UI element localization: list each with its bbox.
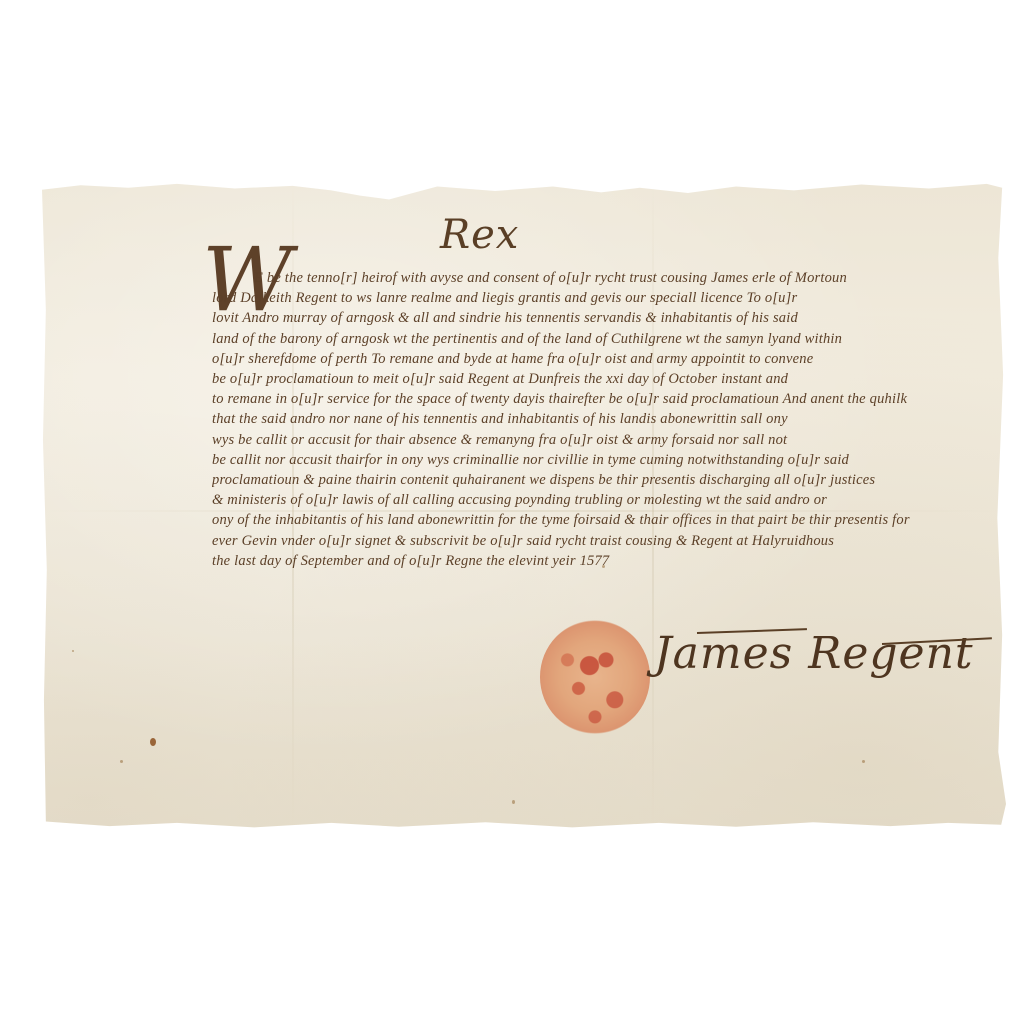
manuscript-line: lord Dalkeith Regent to ws lanre realme … xyxy=(212,288,1002,308)
manuscript-line: be callit nor accusit thairfor in ony wy… xyxy=(212,450,1002,470)
manuscript-line: that the said andro nor nane of his tenn… xyxy=(212,409,1002,429)
document-heading-rex: Rex xyxy=(440,212,519,258)
manuscript-line: ever Gevin vnder o[u]r signet & subscriv… xyxy=(212,531,1002,551)
foxing-spot xyxy=(602,565,605,568)
manuscript-line: wys be callit or accusit for thair absen… xyxy=(212,430,1002,450)
manuscript-line: be o[u]r proclamatioun to meit o[u]r sai… xyxy=(212,369,1002,389)
manuscript-line: o[u]r sherefdome of perth To remane and … xyxy=(212,349,1002,369)
manuscript-line: E be the tenno[r] heirof with avyse and … xyxy=(212,268,1002,288)
foxing-spot xyxy=(120,760,123,763)
manuscript-page: Rex W E be the tenno[r] heirof with avys… xyxy=(42,180,1006,830)
foxing-spot xyxy=(512,800,515,804)
manuscript-line: ony of the inhabitantis of his land abon… xyxy=(212,510,1002,530)
manuscript-line: the last day of September and of o[u]r R… xyxy=(212,551,1002,571)
manuscript-body: E be the tenno[r] heirof with avyse and … xyxy=(212,268,1002,571)
foxing-spot xyxy=(72,650,74,652)
photo-stage: Rex W E be the tenno[r] heirof with avys… xyxy=(0,0,1024,1024)
manuscript-line: to remane in o[u]r service for the space… xyxy=(212,389,1002,409)
manuscript-line: & ministeris of o[u]r lawis of all calli… xyxy=(212,490,1002,510)
signature: James Regent xyxy=(654,628,974,679)
foxing-spot xyxy=(150,738,156,746)
manuscript-line: land of the barony of arngosk wt the per… xyxy=(212,329,1002,349)
manuscript-line: lovit Andro murray of arngosk & all and … xyxy=(212,308,1002,328)
manuscript-line: proclamatioun & paine thairin contenit q… xyxy=(212,470,1002,490)
foxing-spot xyxy=(862,760,865,763)
wax-seal-icon xyxy=(540,620,650,734)
